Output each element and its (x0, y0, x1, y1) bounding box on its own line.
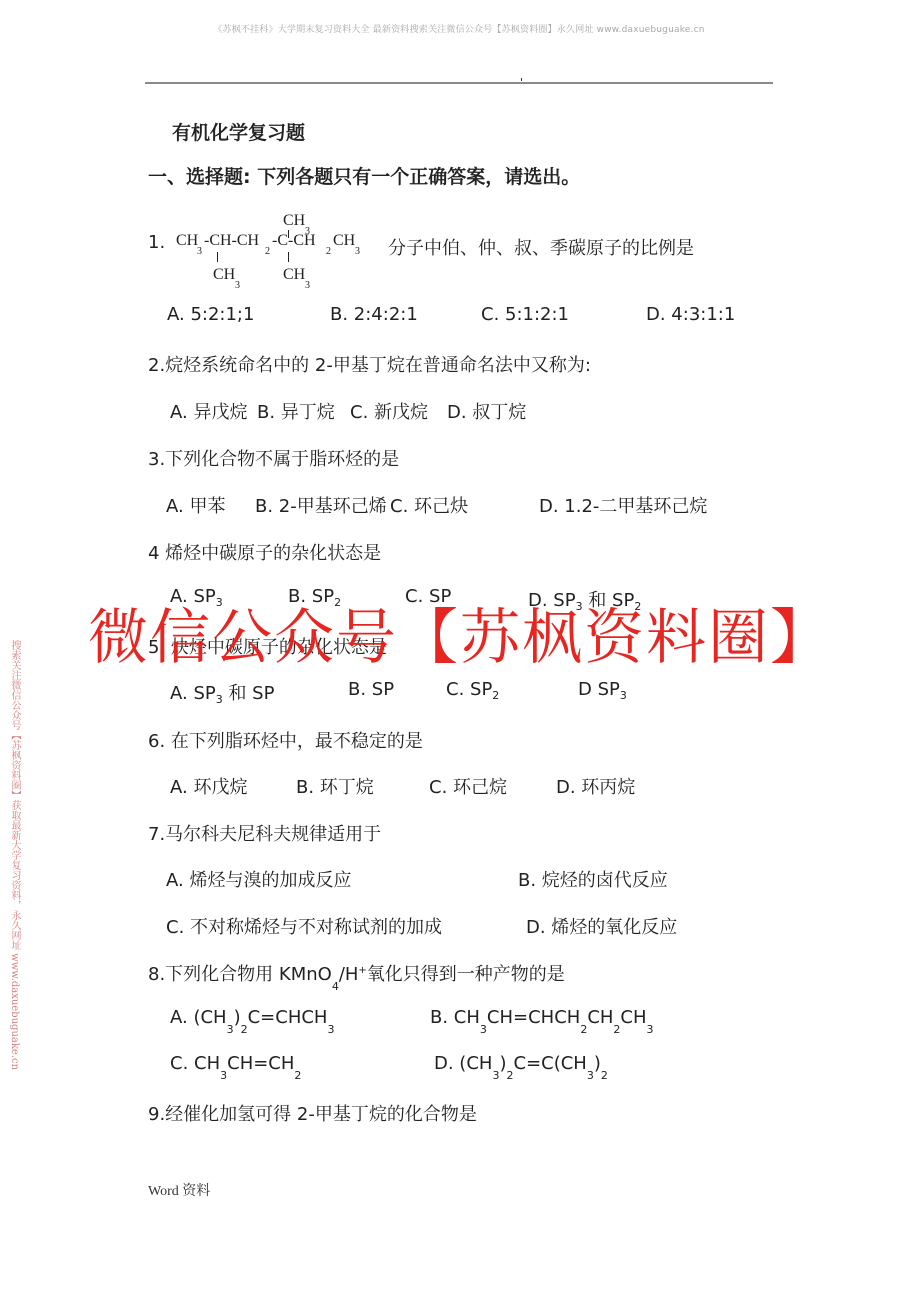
option-c: C. SP2 (446, 679, 499, 702)
structural-formula: CH 3 -CH-CH 2 -C-CH 2 CH 3 CH 3 CH 3 CH … (176, 214, 376, 294)
question-stem: 7.马尔科夫尼科夫规律适用于 (148, 820, 381, 846)
option-c: C. 环己炔 (390, 492, 468, 518)
option-a: A. 异戊烷 (170, 398, 247, 424)
option-a: A. (CH3)2C=CHCH3 (170, 1007, 334, 1036)
option-a: A. 甲苯 (166, 492, 225, 518)
option-b: B. CH3CH=CHCH2CH2CH3 (430, 1007, 654, 1036)
bond-line (217, 252, 218, 262)
option-d: D SP3 (578, 679, 627, 702)
document-title: 有机化学复习题 (172, 118, 305, 145)
section-title: 一、选择题: 下列各题只有一个正确答案，请选出。 (148, 162, 580, 189)
option-a: A. 5:2:1;1 (167, 304, 254, 325)
page-footer: Word 资料 (148, 1180, 210, 1200)
option-c: C. 不对称烯烃与不对称试剂的加成 (166, 913, 442, 939)
option-d: D. 环丙烷 (556, 773, 635, 799)
option-c: C. 环己烷 (429, 773, 507, 799)
side-margin-watermark: 搜索关注微信公众号【苏枫资料圈】获取最新大学复习资料，永久网址 www.daxu… (6, 640, 20, 1070)
question-stem: 9.经催化加氢可得 2-甲基丁烷的化合物是 (148, 1100, 477, 1126)
bond-line (288, 230, 289, 238)
red-watermark-banner: 微信公众号【苏枫资料圈】 (88, 606, 832, 670)
option-b: B. 2:4:2:1 (330, 304, 418, 325)
question-stem: 8.下列化合物用 KMnO4/H+氧化只得到一种产物的是 (148, 960, 565, 993)
question-number: 1. (148, 232, 165, 253)
option-b: B. SP (348, 679, 394, 700)
header-mark (521, 78, 522, 81)
option-c: C. CH3CH=CH2 (170, 1053, 301, 1082)
option-a: A. 环戊烷 (170, 773, 247, 799)
option-b: B. 环丁烷 (296, 773, 374, 799)
option-c: C. 新戊烷 (350, 398, 428, 424)
question-stem: 4 烯烃中碳原子的杂化状态是 (148, 539, 381, 565)
option-a: A. 烯烃与溴的加成反应 (166, 866, 351, 892)
option-b: B. 2-甲基环己烯 (255, 492, 387, 518)
option-d: D. 烯烃的氧化反应 (526, 913, 677, 939)
question-stem: 2.烷烃系统命名中的 2-甲基丁烷在普通命名法中又称为: (148, 351, 591, 377)
top-header-note: 《苏枫不挂科》大学期末复习资料大全 最新资料搜索关注微信公众号【苏枫资料圈】永久… (0, 22, 918, 35)
bond-line (288, 252, 289, 262)
option-b: B. 异丁烷 (257, 398, 335, 424)
header-divider (145, 82, 773, 84)
question-stem: 6. 在下列脂环烃中，最不稳定的是 (148, 727, 423, 753)
question-stem: 分子中伯、仲、叔、季碳原子的比例是 (388, 234, 694, 260)
option-c: C. 5:1:2:1 (481, 304, 569, 325)
question-stem: 3.下列化合物不属于脂环烃的是 (148, 445, 399, 471)
option-d: D. 1.2-二甲基环己烷 (539, 492, 707, 518)
option-d: D. (CH3)2C=C(CH3)2 (434, 1053, 608, 1082)
option-d: D. 叔丁烷 (447, 398, 526, 424)
option-a: A. SP3 和 SP (170, 679, 274, 706)
option-d: D. 4:3:1:1 (646, 304, 735, 325)
option-b: B. 烷烃的卤代反应 (518, 866, 668, 892)
